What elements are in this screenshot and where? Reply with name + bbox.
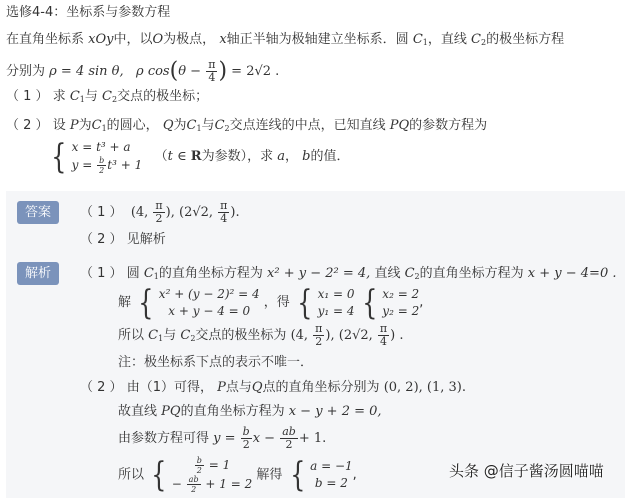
section-title: 选修4-4：坐标系与参数方程 bbox=[6, 4, 170, 22]
watermark: 头条 @信子酱汤圆喵喵 bbox=[449, 460, 604, 481]
analysis-q1-line3: 所以 C1与 C2交点的极坐标为 (4, π2), (2√2, π4) . bbox=[118, 322, 403, 353]
analysis-q2-line4: 所以 { b2 = 1 − ab2 + 1 = 2 解得 {a = −1b = … bbox=[118, 456, 357, 495]
answer-badge: 答案 bbox=[17, 201, 59, 224]
analysis-q2-line2: 故直线 PQ的直角坐标方程为 x − y + 2 = 0, bbox=[118, 403, 382, 421]
question-2: （ 2 ） 设 P为C1的圆心， Q为C1与C2交点连线的中点，已知直线 PQ的… bbox=[6, 117, 487, 138]
analysis-q1-line1: （ 1 ） 圆 C1的直角坐标方程为 x² + y − 2² = 4, 直线 C… bbox=[80, 265, 617, 286]
analysis-badge: 解析 bbox=[17, 262, 59, 285]
problem-stem-line1: 在直角坐标系 xOy中，以O为极点， x轴正半轴为极轴建立坐标系．圆 C1，直线… bbox=[6, 31, 564, 52]
analysis-q1-line2: 解 {x² + (y − 2)² = 4x + y − 4 = 0 ，得 {x₁… bbox=[118, 284, 423, 322]
question-1: （ 1 ） 求 C1与 C2交点的极坐标； bbox=[6, 88, 208, 109]
analysis-q2-line3: 由参数方程可得 y = b2x − ab2+ 1. bbox=[118, 424, 326, 454]
analysis-q1-note: 注：极坐标系下点的表示不唯一． bbox=[118, 354, 313, 372]
answer-q1: （ 1 ） (4, π2), (2√2, π4). bbox=[80, 200, 240, 226]
analysis-q2-line1: （ 2 ） 由（1）可得， P点与Q点的直角坐标分别为 (0, 2), (1, … bbox=[80, 379, 466, 397]
problem-stem-line2: 分别为 ρ = 4 sin θ, ρ cos(θ − π4) = 2√2 . bbox=[6, 58, 279, 86]
question-2-param-eq: { x = t³ + a y = b2t³ + 1 （t ∈ R为参数），求 a… bbox=[48, 138, 349, 176]
answer-q2: （ 2 ） 见解析 bbox=[80, 231, 166, 249]
left-brace-icon: { bbox=[51, 140, 66, 174]
